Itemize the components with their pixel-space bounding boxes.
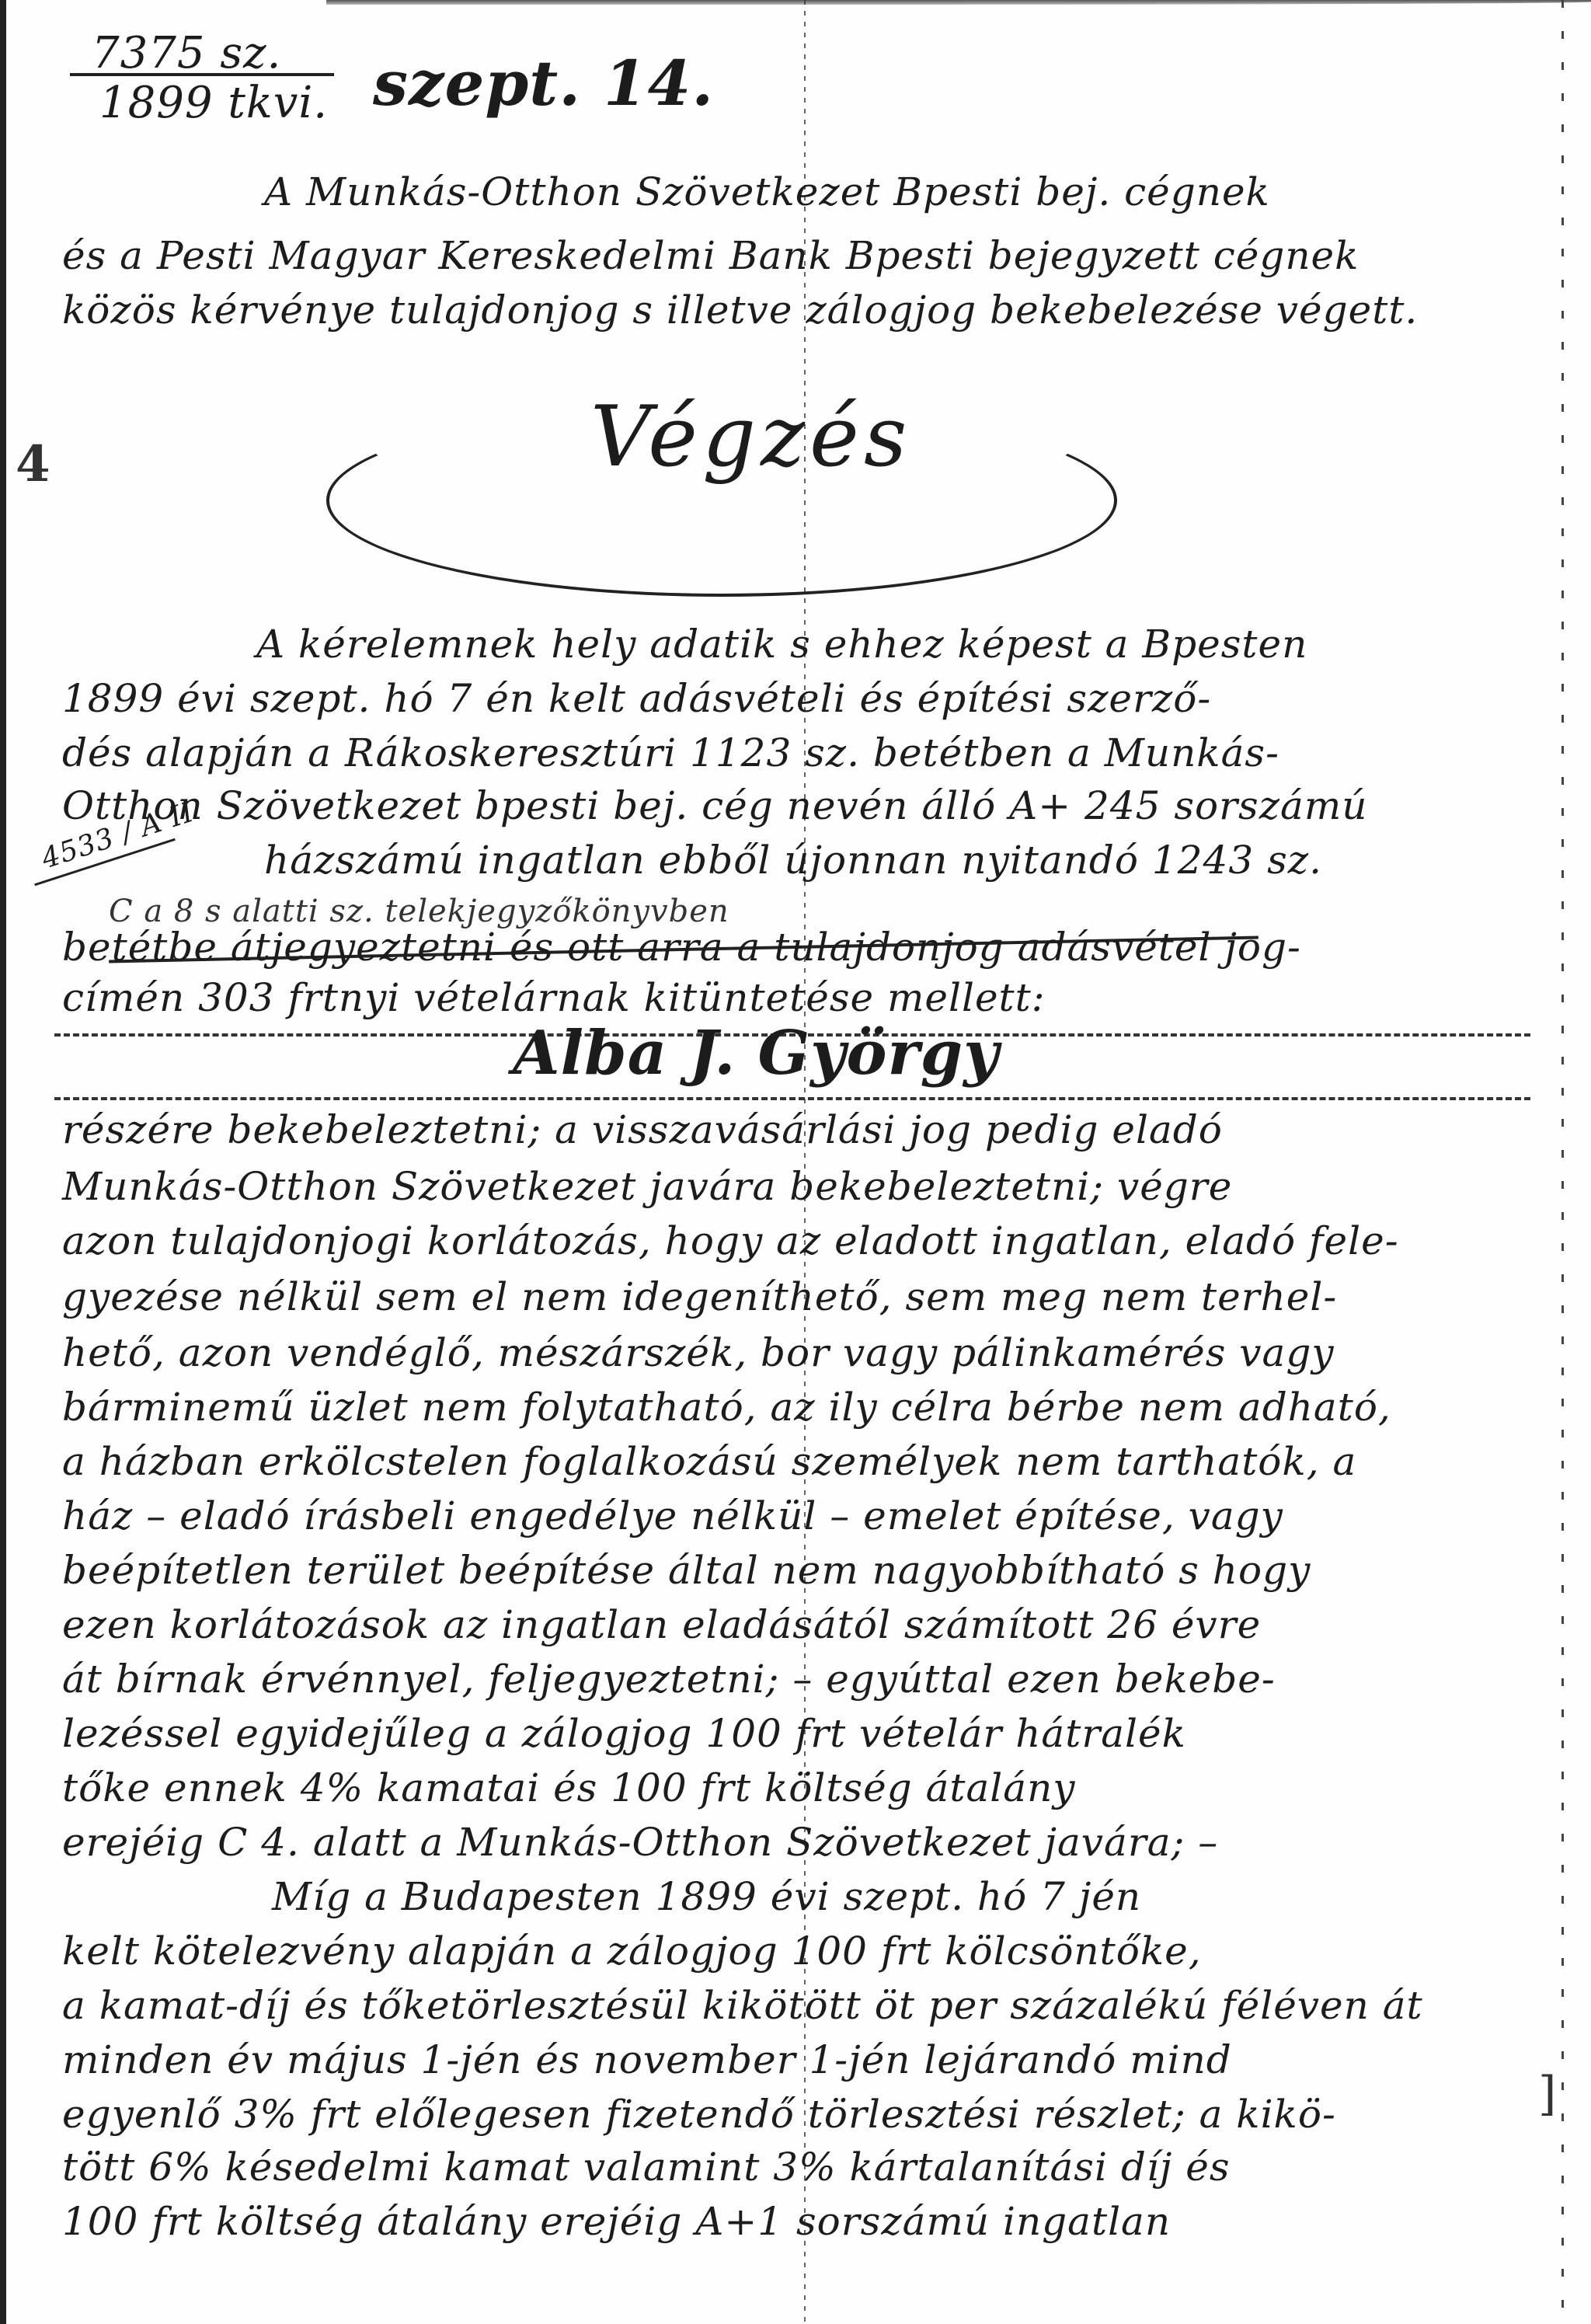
paragraph-line: részére bekebeleztetni; a visszavásárlás… xyxy=(62,1107,1223,1152)
paragraph-line: a kamat-díj és tőketörlesztésül kikötött… xyxy=(62,1983,1423,2028)
case-number: 7375 sz. xyxy=(92,28,281,78)
paragraph-line: ház – eladó írásbeli engedélye nélkül – … xyxy=(62,1493,1283,1538)
intro-line: és a Pesti Magyar Kereskedelmi Bank Bpes… xyxy=(62,233,1359,278)
paragraph-line: tött 6% késedelmi kamat valamint 3% kárt… xyxy=(62,2145,1231,2190)
paragraph-line: gyezése nélkül sem el nem idegeníthető, … xyxy=(62,1274,1337,1319)
margin-bracket: ] xyxy=(1538,2067,1556,2121)
scan-left-edge xyxy=(0,0,6,2324)
header-rule xyxy=(70,73,334,76)
paragraph-line: kelt kötelezvény alapján a zálogjog 100 … xyxy=(62,1929,1202,1974)
paragraph-line: tőke ennek 4% kamatai és 100 frt költség… xyxy=(62,1765,1076,1810)
paragraph-line: 1899 évi szept. hó 7 én kelt adásvételi … xyxy=(62,676,1211,721)
paragraph-line: Míg a Budapesten 1899 évi szept. hó 7 jé… xyxy=(272,1874,1141,1919)
scan-right-edge xyxy=(1561,0,1564,2324)
paragraph-line: 100 frt költség átalány erejéig A+1 sors… xyxy=(62,2199,1171,2244)
paragraph-line: házszámú ingatlan ebből újonnan nyitandó… xyxy=(264,838,1322,883)
paragraph-line: dés alapján a Rákoskeresztúri 1123 sz. b… xyxy=(62,730,1279,775)
paragraph-line: betétbe átjegyeztetni és ott arra a tula… xyxy=(62,925,1301,970)
dashed-rule-bottom xyxy=(54,1097,1530,1100)
paragraph-line: minden év május 1-jén és november 1-jén … xyxy=(62,2037,1232,2082)
paragraph-line: bárminemű üzlet nem folytatható, az ily … xyxy=(62,1385,1391,1430)
paragraph-line: lezéssel egyidejűleg a zálogjog 100 frt … xyxy=(62,1711,1186,1756)
paragraph-line: Otthon Szövetkezet bpesti bej. cég nevén… xyxy=(62,783,1367,828)
paragraph-line: A kérelemnek hely adatik s ehhez képest … xyxy=(256,622,1307,667)
paragraph-line: egyenlő 3% frt előlegesen fizetendő törl… xyxy=(62,2092,1336,2137)
handwritten-name: Alba J. György xyxy=(513,1018,999,1089)
intro-line: közös kérvénye tulajdonjog s illetve zál… xyxy=(62,287,1418,333)
year-reference: 1899 tkvi. xyxy=(99,78,328,128)
paragraph-line: hető, azon vendéglő, mészárszék, bor vag… xyxy=(62,1330,1335,1375)
header-date: szept. 14. xyxy=(373,47,714,120)
paragraph-line: át bírnak érvénnyel, feljegyeztetni; – e… xyxy=(62,1657,1276,1702)
intro-line: A Munkás-Otthon Szövetkezet Bpesti bej. … xyxy=(264,169,1270,214)
paragraph-line: Munkás-Otthon Szövetkezet javára bekebel… xyxy=(62,1164,1232,1209)
paragraph-line: beépítetlen terület beépítése által nem … xyxy=(62,1548,1311,1593)
scan-top-edge xyxy=(326,0,1591,5)
document-page: 7375 sz. 1899 tkvi. szept. 14. A Munkás-… xyxy=(0,0,1591,2324)
paragraph-line: ezen korlátozások az ingatlan eladásától… xyxy=(62,1602,1261,1647)
paragraph-line: azon tulajdonjogi korlátozás, hogy az el… xyxy=(62,1218,1399,1263)
paragraph-line: a házban erkölcstelen foglalkozású szemé… xyxy=(62,1439,1356,1484)
paragraph-line: címén 303 frtnyi vételárnak kitüntetése … xyxy=(62,975,1046,1020)
document-title: Végzés xyxy=(590,388,911,486)
paper-fold-line xyxy=(804,0,806,2324)
margin-mark: 4 xyxy=(16,435,50,493)
paragraph-line: erejéig C 4. alatt a Munkás-Otthon Szöve… xyxy=(62,1820,1218,1865)
